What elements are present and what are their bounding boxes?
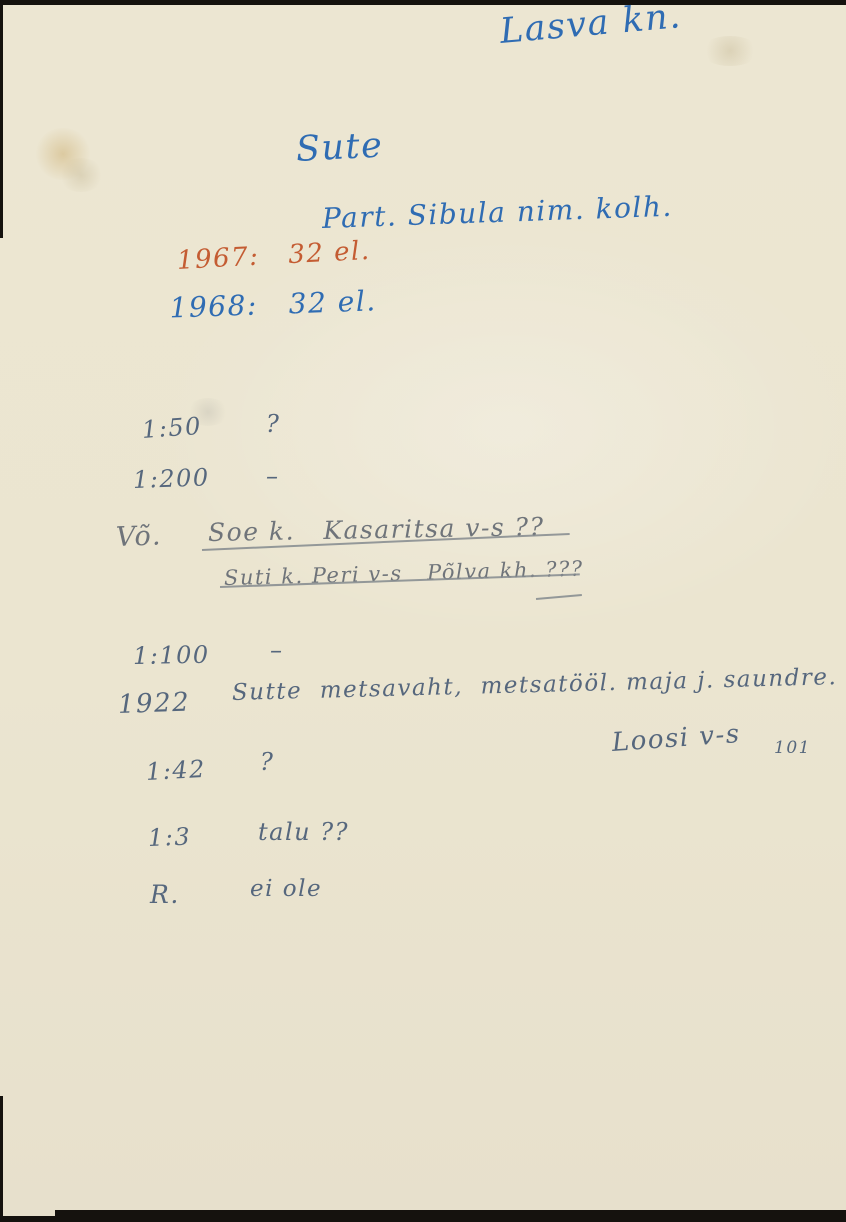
scale-entry-key: 1:3 bbox=[148, 823, 192, 852]
scan-edge-left-upper bbox=[0, 0, 3, 238]
note-1922-text: Sutte metsavaht, metsatööl. maja j. saun… bbox=[232, 664, 838, 706]
scan-edge-left-lower bbox=[0, 1096, 3, 1222]
scale-entry-key: 1:50 bbox=[141, 412, 203, 444]
county-prefix: Võ. bbox=[115, 520, 162, 553]
scale-entry-value: – bbox=[270, 636, 284, 664]
page-title: Sute bbox=[295, 125, 384, 170]
note-1922-place: Loosi v-s bbox=[611, 719, 742, 758]
kolkhoz-note: Part. Sibula nim. kolh. bbox=[321, 190, 673, 235]
scale-entry-value: ? bbox=[260, 748, 274, 776]
note-1922-year: 1922 bbox=[117, 687, 190, 720]
archive-card-scan: Lasva kn. Sute 1967: 32 el. Part. Sibula… bbox=[0, 0, 846, 1222]
scan-edge-bottom-left bbox=[0, 1216, 60, 1222]
scale-entry-key: 1:200 bbox=[133, 463, 211, 494]
scale-entry-value: ei ole bbox=[250, 876, 322, 902]
scale-entry-value: talu ?? bbox=[258, 818, 349, 846]
paper-stain bbox=[58, 158, 104, 192]
corner-label: Lasva kn. bbox=[498, 0, 683, 52]
scan-edge-bottom bbox=[55, 1210, 846, 1222]
population-1968: 1968: 32 el. bbox=[126, 251, 378, 359]
scan-edge-top bbox=[0, 0, 846, 5]
paper-stain bbox=[34, 128, 92, 180]
population-1968-year: 1968: bbox=[169, 288, 258, 324]
paper-stain bbox=[700, 36, 760, 66]
scale-entry-key: 1:42 bbox=[145, 755, 206, 786]
scale-entry-value: ? bbox=[266, 410, 280, 438]
scale-entry-value: – bbox=[266, 462, 280, 490]
scale-entry-key: R. bbox=[150, 880, 180, 909]
scale-entry-key: 1:100 bbox=[133, 641, 210, 670]
note-1922-number: 101 bbox=[774, 738, 811, 758]
spacer bbox=[257, 287, 289, 321]
question-marks-underline bbox=[536, 594, 582, 600]
population-1968-count: 32 el. bbox=[288, 284, 377, 320]
